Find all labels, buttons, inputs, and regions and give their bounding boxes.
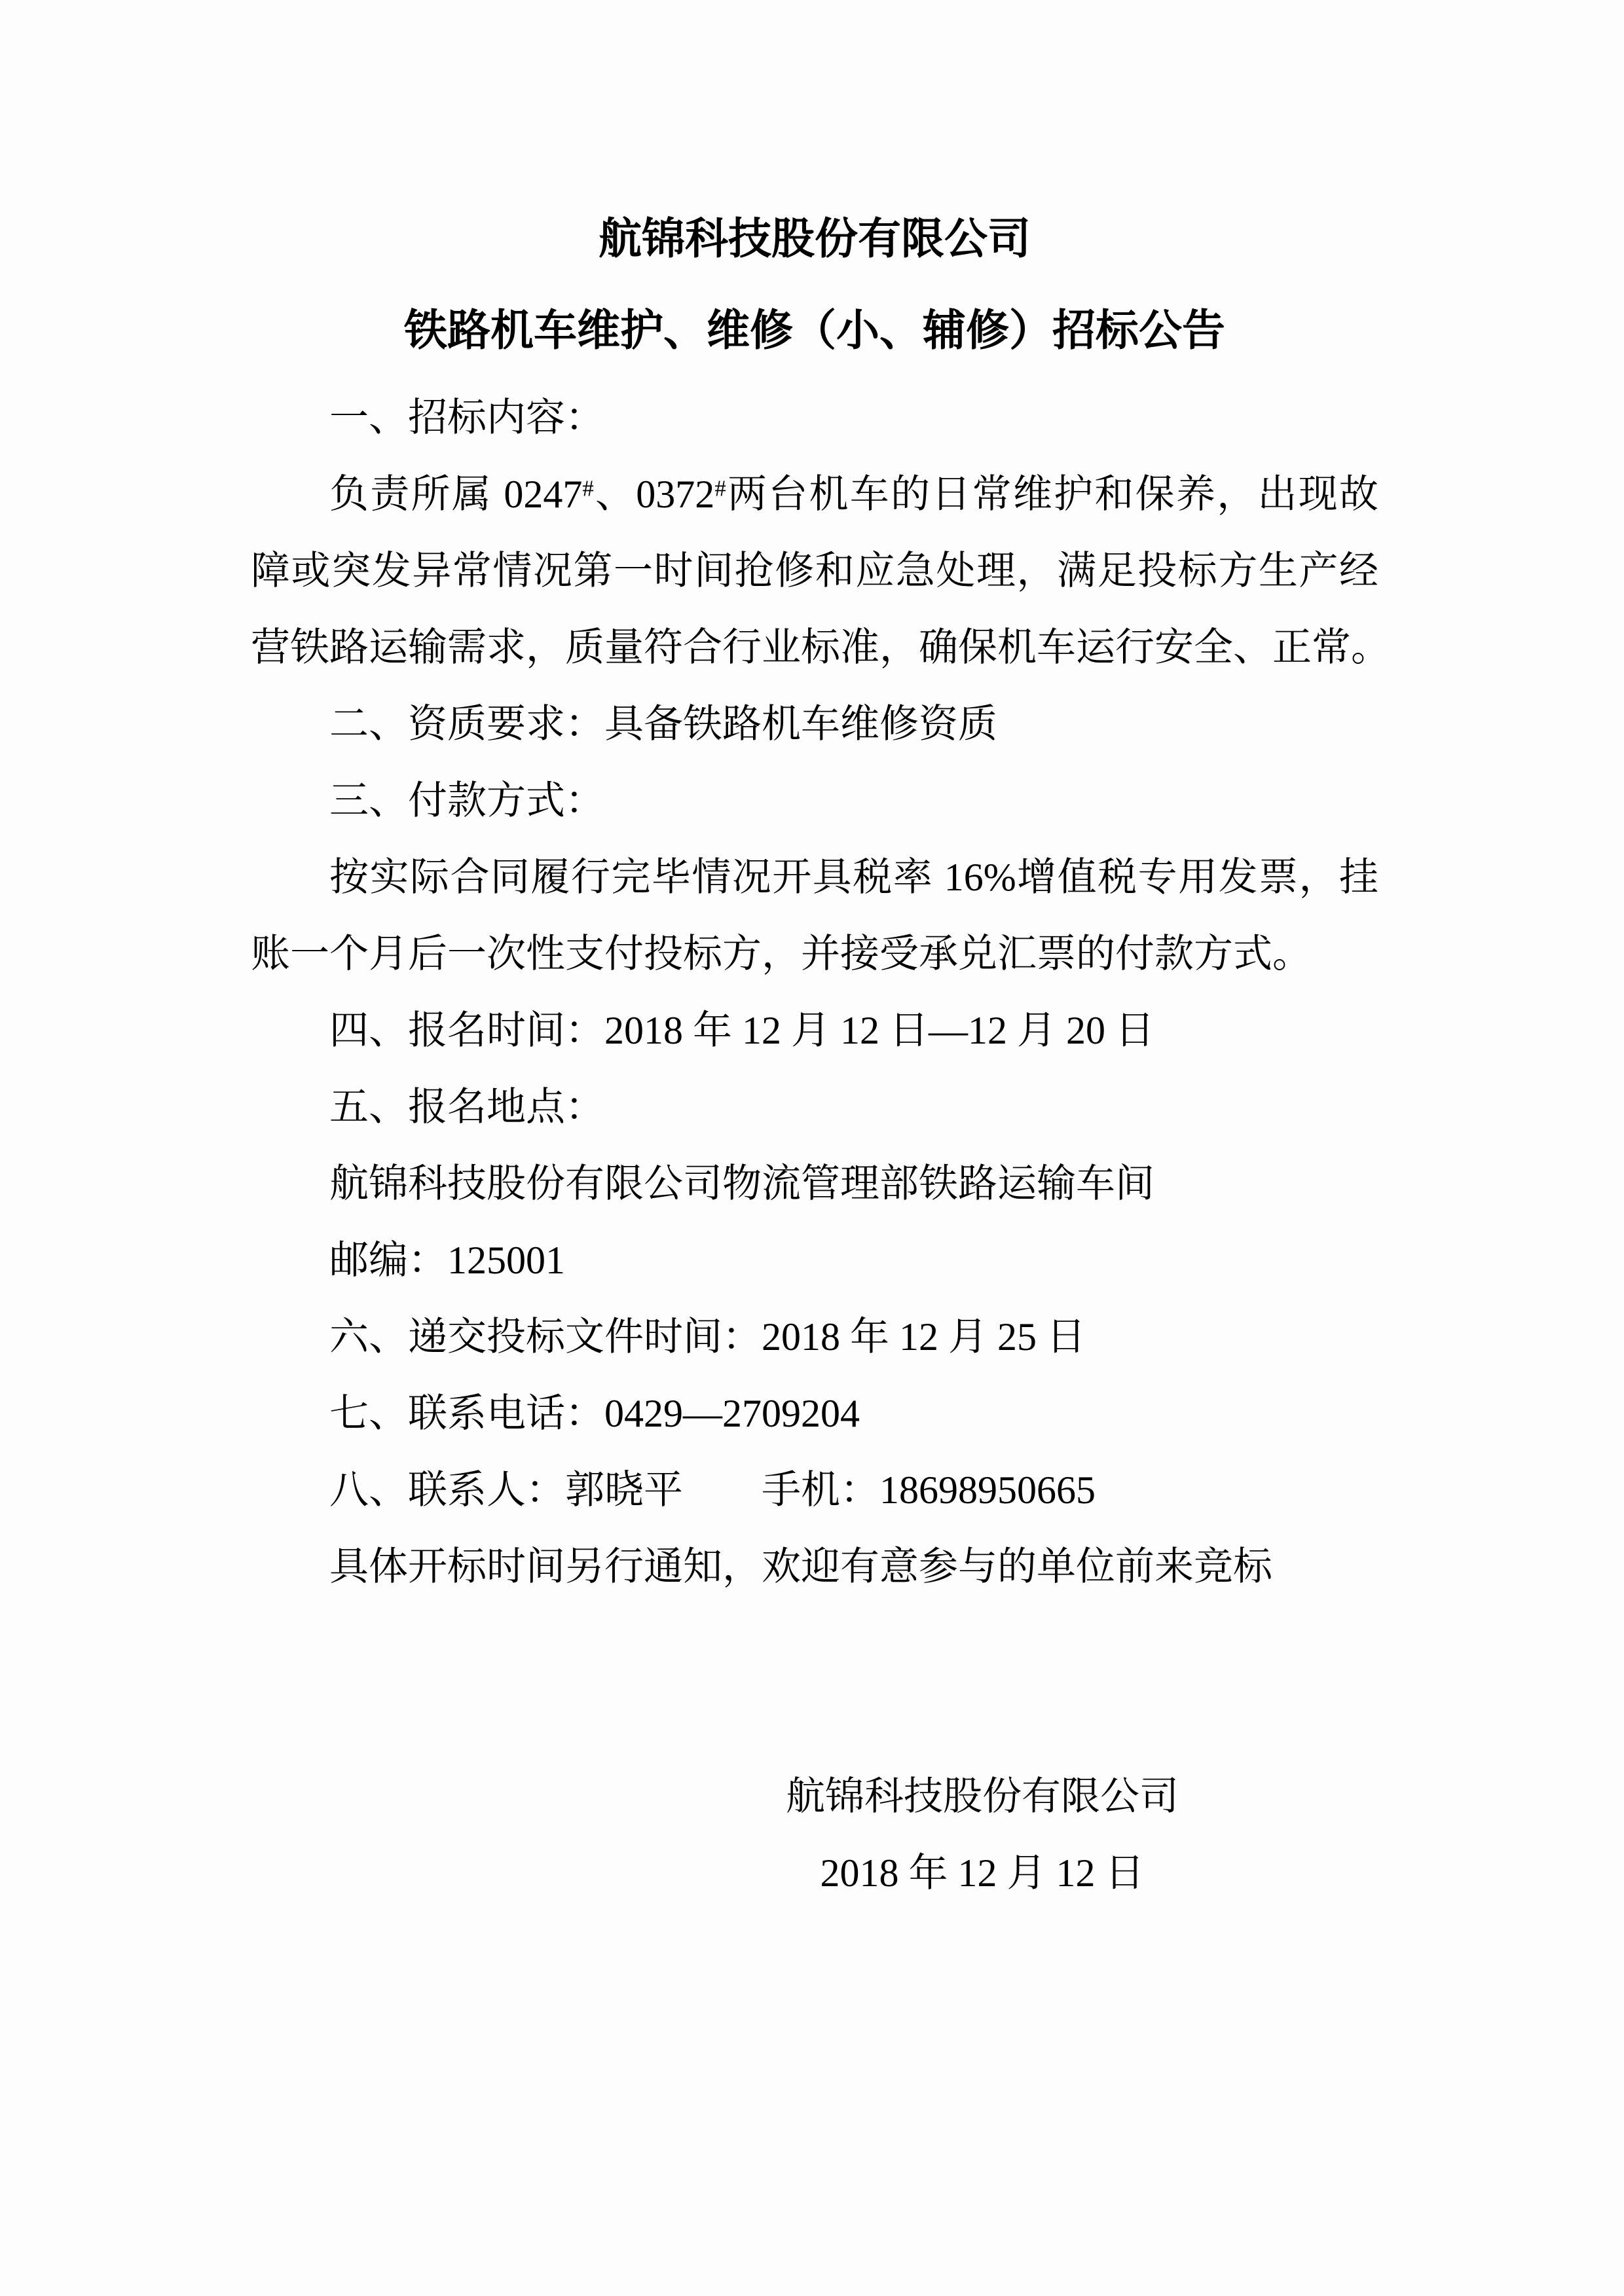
body-line-9: 四、报名时间：2018 年 12 月 12 日—12 月 20 日 <box>251 993 1378 1069</box>
body-line-4: 营铁路运输需求，质量符合行业标准，确保机车运行安全、正常。 <box>251 610 1378 686</box>
body-line-7: 按实际合同履行完毕情况开具税率 16%增值税专用发票，挂 <box>251 839 1378 916</box>
superscript-hash: # <box>582 476 593 501</box>
signature-block: 航锦科技股份有限公司 2018 年 12 月 12 日 <box>586 1758 1378 1912</box>
superscript-hash: # <box>714 476 726 501</box>
signature-company: 航锦科技股份有限公司 <box>586 1758 1378 1835</box>
body-line-2: 负责所属 0247#、0372#两台机车的日常维护和保养，出现故 <box>251 456 1378 533</box>
document-page: 航锦科技股份有限公司 铁路机车维护、维修（小、辅修）招标公告 一、招标内容：负责… <box>0 0 1624 2296</box>
body-line-1: 一、招标内容： <box>251 380 1378 456</box>
body-line-11: 航锦科技股份有限公司物流管理部铁路运输车间 <box>251 1146 1378 1222</box>
document-subtitle: 铁路机车维护、维修（小、辅修）招标公告 <box>251 285 1378 377</box>
body-line-3: 障或突发异常情况第一时间抢修和应急处理，满足投标方生产经 <box>251 533 1378 610</box>
body-line-13: 六、递交投标文件时间：2018 年 12 月 25 日 <box>251 1299 1378 1376</box>
body-line-10: 五、报名地点： <box>251 1069 1378 1146</box>
document-title: 航锦科技股份有限公司 <box>251 194 1378 285</box>
body-line-15: 八、联系人：郭晓平 手机：18698950665 <box>251 1452 1378 1529</box>
body-line-12: 邮编：125001 <box>251 1222 1378 1299</box>
signature-date: 2018 年 12 月 12 日 <box>586 1835 1378 1912</box>
body-line-5: 二、资质要求：具备铁路机车维修资质 <box>251 686 1378 763</box>
body-line-16: 具体开标时间另行通知，欢迎有意参与的单位前来竞标 <box>251 1529 1378 1605</box>
body-line-14: 七、联系电话：0429—2709204 <box>251 1376 1378 1452</box>
body-line-6: 三、付款方式： <box>251 763 1378 839</box>
body-line-8: 账一个月后一次性支付投标方，并接受承兑汇票的付款方式。 <box>251 916 1378 993</box>
document-body: 一、招标内容：负责所属 0247#、0372#两台机车的日常维护和保养，出现故障… <box>251 380 1378 1605</box>
